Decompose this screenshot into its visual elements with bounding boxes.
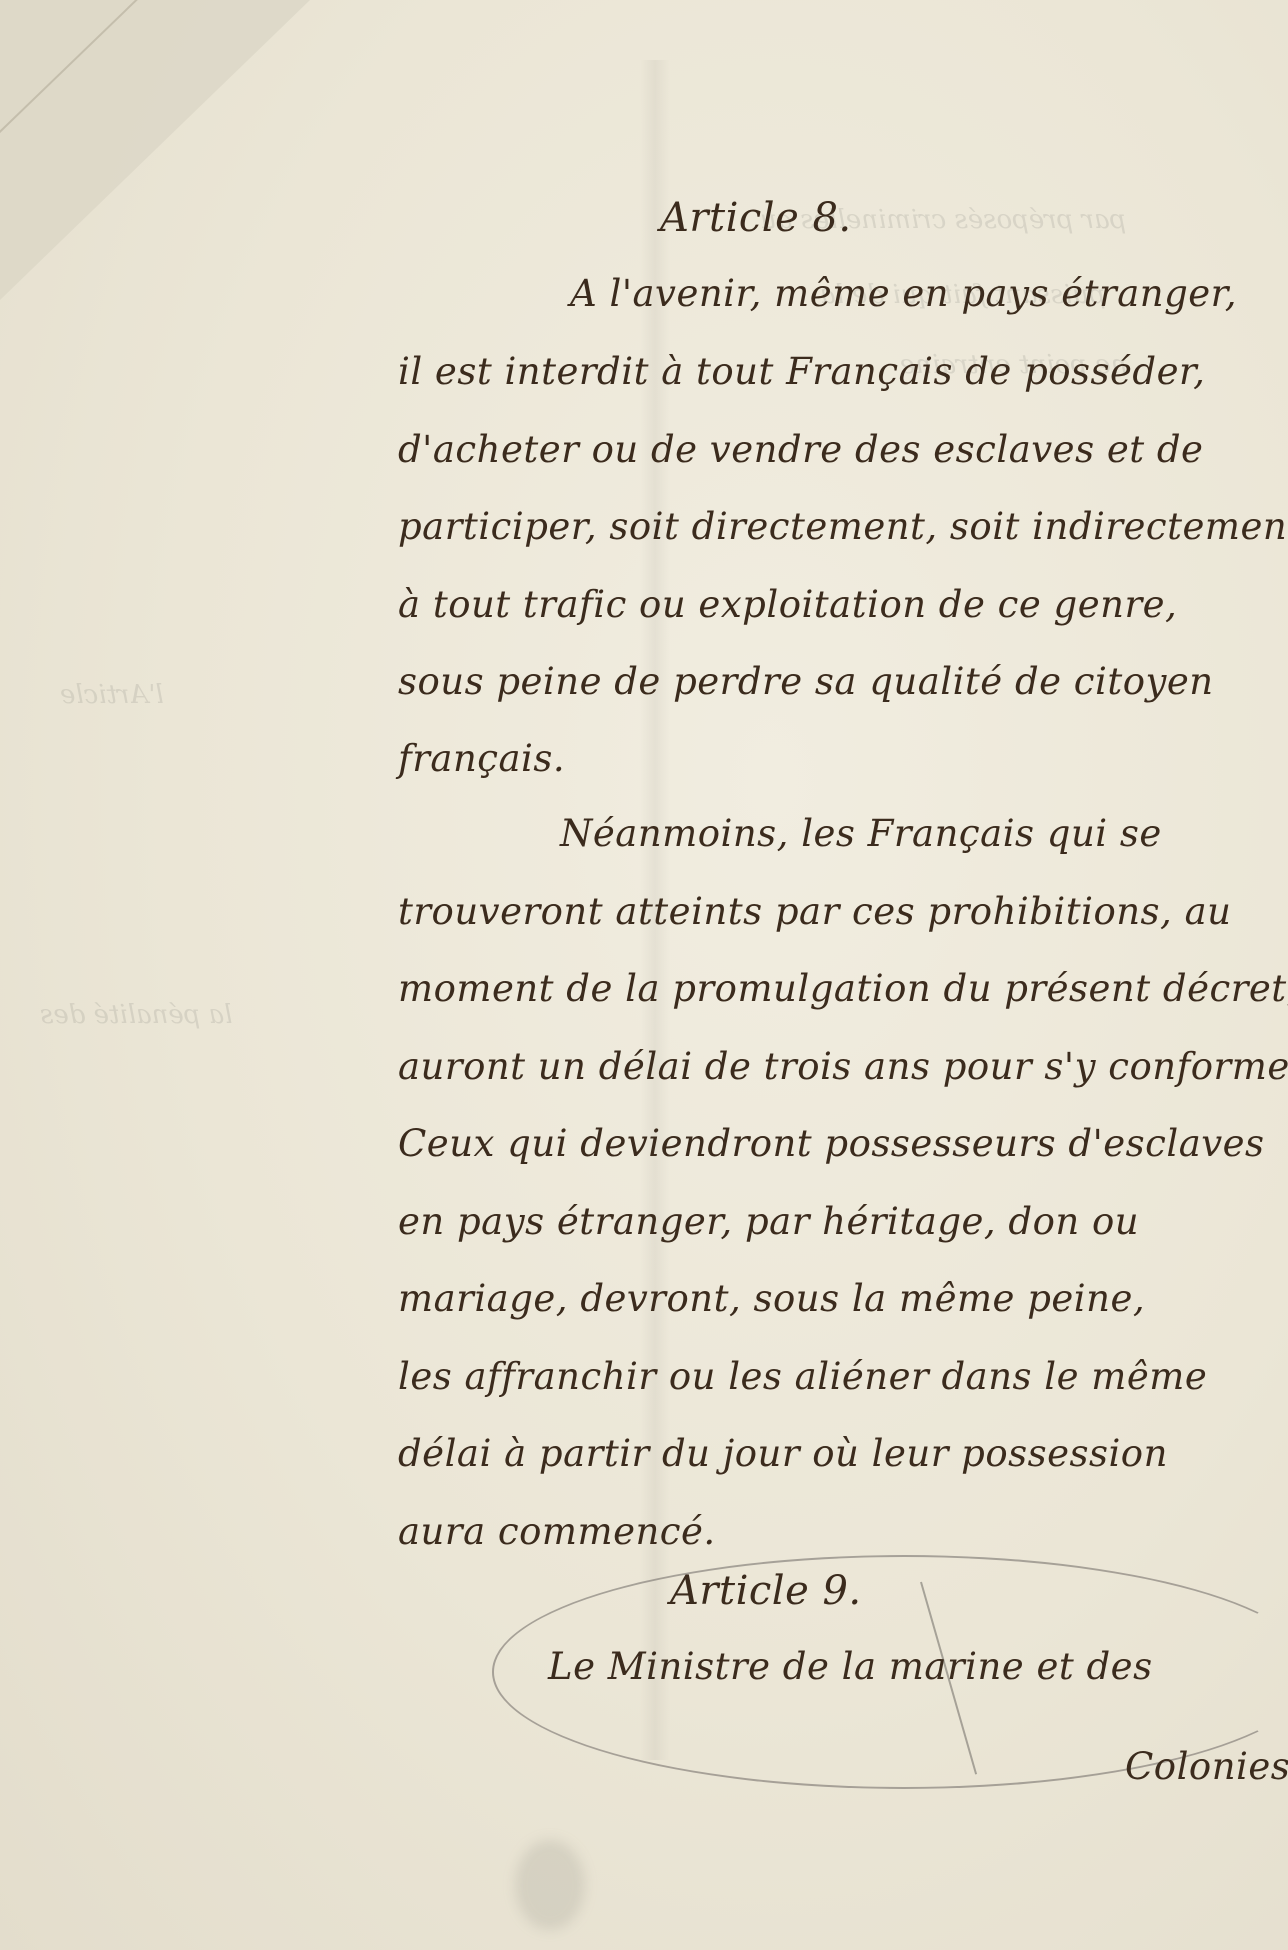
folded-corner bbox=[0, 0, 310, 300]
article-8-line: les affranchir ou les aliéner dans le mê… bbox=[398, 1355, 1207, 1398]
article-9-heading: Article 9. bbox=[670, 1568, 862, 1614]
article-8-line: aura commencé. bbox=[398, 1510, 716, 1553]
article-8-line: A l'avenir, même en pays étranger, bbox=[570, 272, 1237, 315]
article-8-line: participer, soit directement, soit indir… bbox=[398, 505, 1288, 548]
article-8-line: d'acheter ou de vendre des esclaves et d… bbox=[398, 428, 1203, 471]
article-8-line: auront un délai de trois ans pour s'y co… bbox=[398, 1045, 1288, 1088]
article-9-line: Le Ministre de la marine et des bbox=[548, 1645, 1153, 1688]
article-8-line: en pays étranger, par héritage, don ou bbox=[398, 1200, 1139, 1243]
article-8-line: sous peine de perdre sa qualité de citoy… bbox=[398, 660, 1214, 703]
manuscript-page: par préposés criminelles au puissant fai… bbox=[0, 0, 1288, 1950]
article-8-line: à tout trafic ou exploitation de ce genr… bbox=[398, 583, 1177, 626]
article-8-heading: Article 8. bbox=[660, 195, 852, 241]
article-8-line: moment de la promulgation du présent déc… bbox=[398, 967, 1288, 1010]
bleed-through-text: l'Article bbox=[60, 680, 164, 710]
article-8-line: trouveront atteints par ces prohibitions… bbox=[398, 890, 1231, 933]
bleed-through-text: la pénalité des bbox=[40, 1000, 232, 1030]
article-8-line: Néanmoins, les Français qui se bbox=[560, 812, 1162, 855]
article-8-line: délai à partir du jour où leur possessio… bbox=[398, 1432, 1168, 1475]
article-8-line: il est interdit à tout Français de possé… bbox=[398, 350, 1205, 393]
ink-smudge bbox=[515, 1840, 585, 1930]
article-8-line: Ceux qui deviendront possesseurs d'escla… bbox=[398, 1122, 1265, 1165]
article-8-line: mariage, devront, sous la même peine, bbox=[398, 1277, 1145, 1320]
article-9-line: Colonies bbox=[1125, 1745, 1288, 1788]
article-8-line: français. bbox=[398, 737, 565, 780]
